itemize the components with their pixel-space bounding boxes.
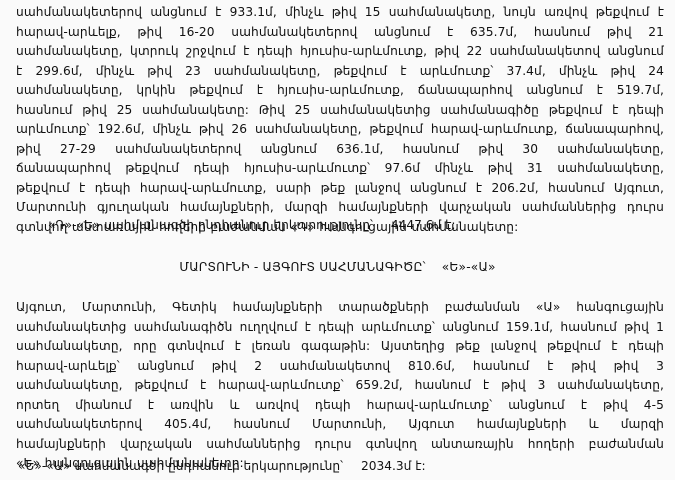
text-line: հարավ-արևելք, թիվ 16-20 սահմանակետերով ա… [16,23,664,43]
total-label: «Դ»-«Ե» սահմանագծի ընդհանուր երկարությու… [48,218,373,232]
text-line: Այգուտ, Մարտունի, Գետիկ համայնքների տարա… [16,298,664,318]
total-value: 2034.3մ է: [361,459,426,473]
total-label: «Ե»-«Ա» սահմանագծի ընդհանուր երկարությու… [18,459,343,473]
text-line: սահմանակետից սահմանագիծն ուղղվում է դեպի… [16,318,664,338]
text-line: Մարտունի գյուղական համայնքների, մարզի հա… [16,198,664,218]
text-line: համայնքների վարչական սահմաններից դուրս գ… [16,435,664,455]
text-line: հարավ-արևելք՝ անցնում թիվ 2 սահմանակետով… [16,357,664,377]
text-line: սահմանակետը, կրկին թեքվում է հյուսիս-արև… [16,81,664,101]
text-line: սահմանակետը, որը գտնվում է լեռան գագաթին… [16,337,664,357]
section-heading: ՄԱՐՏՈՒՆԻ - ԱՅԳՈՒՏ ՍԱՀՄԱՆԱԳԻԾԸ՝«Ե»-«Ա» [0,260,675,274]
text-line: թեքվում է դեպի հարավ-արևմուտք, սարի թեք … [16,179,664,199]
heading-code: «Ե»-«Ա» [442,260,496,274]
text-line: սահմանակետը, թեքվում է հարավ-արևմուտք՝ 6… [16,376,664,396]
text-line: սահմանակետերով 405.4մ, հասնում Մարտունի,… [16,415,664,435]
total-value: 4447.6մ է: [391,218,456,232]
text-line: թիվ 27-29 սահմանակետերով անցնում 636.1մ,… [16,140,664,160]
text-line: արևմուտք՝ 192.6մ, մինչև թիվ 26 սահմանակե… [16,120,664,140]
paragraph-boundary-e-a: Այգուտ, Մարտունի, Գետիկ համայնքների տարա… [16,298,664,474]
text-line: հասնում թիվ 25 սահմանակետը: Թիվ 25 սահմա… [16,101,664,121]
heading-title: ՄԱՐՏՈՒՆԻ - ԱՅԳՈՒՏ ՍԱՀՄԱՆԱԳԻԾԸ՝ [179,260,425,274]
text-line: որտեղ միանում է առվին և առվով դեպի հարավ… [16,396,664,416]
text-line: է 299.6մ, մինչև թիվ 23 սահմանակետը, թեքվ… [16,62,664,82]
text-line: սահմանակետը, կտրուկ շրջվում է դեպի հյուս… [16,42,664,62]
text-line: ճանապարհով թեքվում դեպի հյուսիս-արևմուտք… [16,159,664,179]
total-length-e-a: «Ե»-«Ա» սահմանագծի ընդհանուր երկարությու… [18,457,426,476]
paragraph-boundary-d-e: սահմանակետերով անցնում է 933.1մ, մինչև թ… [16,3,664,237]
text-line: սահմանակետերով անցնում է 933.1մ, մինչև թ… [16,3,664,23]
total-length-d-e: «Դ»-«Ե» սահմանագծի ընդհանուր երկարությու… [48,216,455,235]
